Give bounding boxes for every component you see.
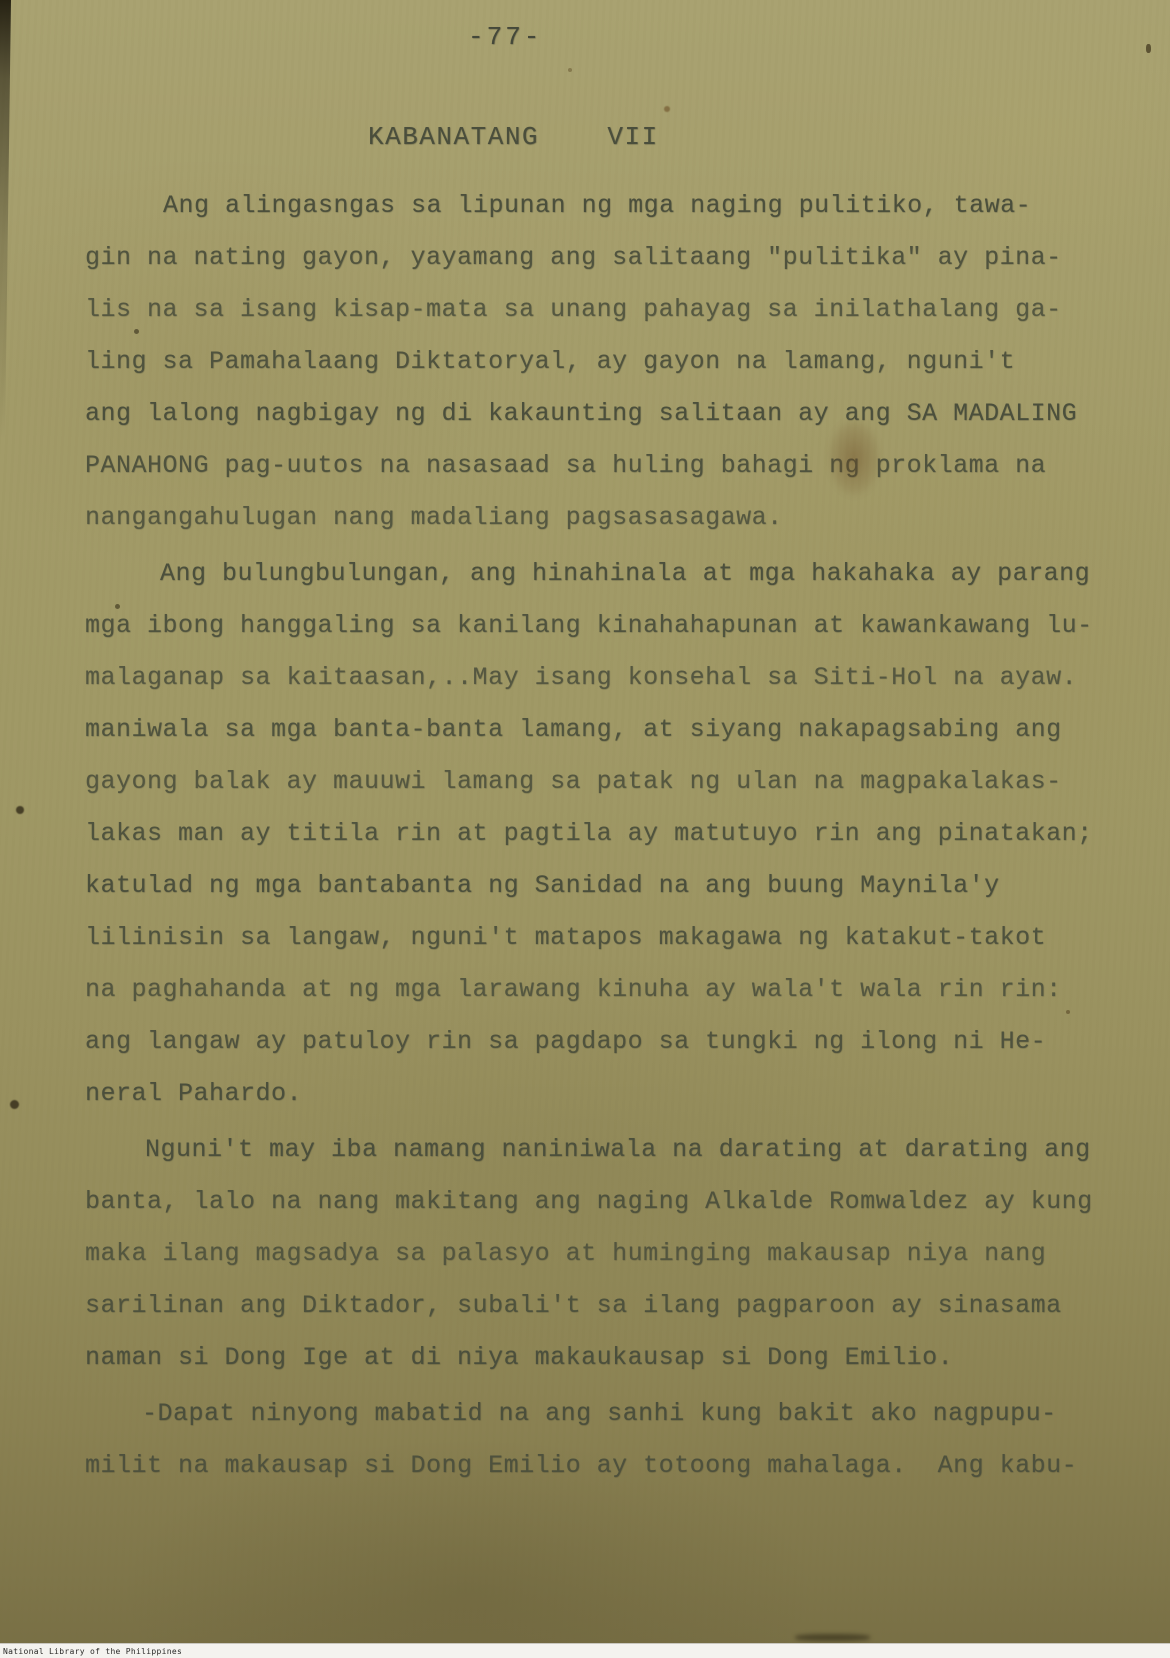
paper-stain (828, 420, 880, 496)
text-line: lilinisin sa langaw, nguni't matapos mak… (85, 912, 1085, 964)
paragraph: Ang bulungbulungan, ang hinahinala at mg… (85, 548, 1085, 1120)
text-line: Nguni't may iba namang naniniwala na dar… (85, 1124, 1085, 1176)
text-line: gin na nating gayon, yayamang ang salita… (85, 232, 1085, 284)
paper-speck (664, 106, 670, 112)
text-line: ling sa Pamahalaang Diktatoryal, ay gayo… (85, 336, 1085, 388)
watermark-text: National Library of the Philippines (0, 1647, 182, 1656)
text-line: lakas man ay titila rin at pagtila ay ma… (85, 808, 1085, 860)
chapter-title: KABANATANG VII (368, 122, 659, 152)
text-line: PANAHONG pag-uutos na nasasaad sa huling… (85, 440, 1085, 492)
paper-stain (795, 1634, 870, 1641)
text-line: na paghahanda at ng mga larawang kinuha … (85, 964, 1085, 1016)
paragraph: Ang alingasngas sa lipunan ng mga naging… (85, 180, 1085, 544)
text-line: sarilinan ang Diktador, subali't sa ilan… (85, 1280, 1085, 1332)
document-body: Ang alingasngas sa lipunan ng mga naging… (85, 180, 1085, 1496)
text-line: milit na makausap si Dong Emilio ay toto… (85, 1440, 1085, 1492)
text-line: naman si Dong Ige at di niya makaukausap… (85, 1332, 1085, 1384)
paper-speck (134, 329, 139, 334)
paragraph: Nguni't may iba namang naniniwala na dar… (85, 1124, 1085, 1384)
text-line: mga ibong hanggaling sa kanilang kinahah… (85, 600, 1085, 652)
text-line: maniwala sa mga banta-banta lamang, at s… (85, 704, 1085, 756)
text-line: gayong balak ay mauuwi lamang sa patak n… (85, 756, 1085, 808)
text-line: maka ilang magsadya sa palasyo at huming… (85, 1228, 1085, 1280)
paragraph: -Dapat ninyong mabatid na ang sanhi kung… (85, 1388, 1085, 1492)
text-line: Ang alingasngas sa lipunan ng mga naging… (85, 180, 1085, 232)
text-line: ang langaw ay patuloy rin sa pagdapo sa … (85, 1016, 1085, 1068)
text-line: nangangahulugan nang madaliang pagsasasa… (85, 492, 1085, 544)
page-number: -77- (468, 22, 542, 52)
text-line: -Dapat ninyong mabatid na ang sanhi kung… (85, 1388, 1085, 1440)
scan-edge-shadow (0, 0, 11, 440)
paper-speck (568, 68, 572, 72)
text-line: lis na sa isang kisap-mata sa unang paha… (85, 284, 1085, 336)
text-line: neral Pahardo. (85, 1068, 1085, 1120)
document-page: -77- KABANATANG VII Ang alingasngas sa l… (0, 0, 1170, 1658)
text-line: Ang bulungbulungan, ang hinahinala at mg… (85, 548, 1085, 600)
text-line: banta, lalo na nang makitang ang naging … (85, 1176, 1085, 1228)
paper-speck (1066, 1010, 1070, 1014)
text-line: malaganap sa kaitaasan,..May isang konse… (85, 652, 1085, 704)
text-line: ang lalong nagbigay ng di kakaunting sal… (85, 388, 1085, 440)
text-line: katulad ng mga bantabanta ng Sanidad na … (85, 860, 1085, 912)
paper-speck (16, 806, 24, 814)
watermark-strip: National Library of the Philippines (0, 1643, 1170, 1658)
paper-speck (1146, 44, 1151, 53)
paper-speck (10, 1100, 19, 1109)
paper-speck (115, 604, 120, 609)
